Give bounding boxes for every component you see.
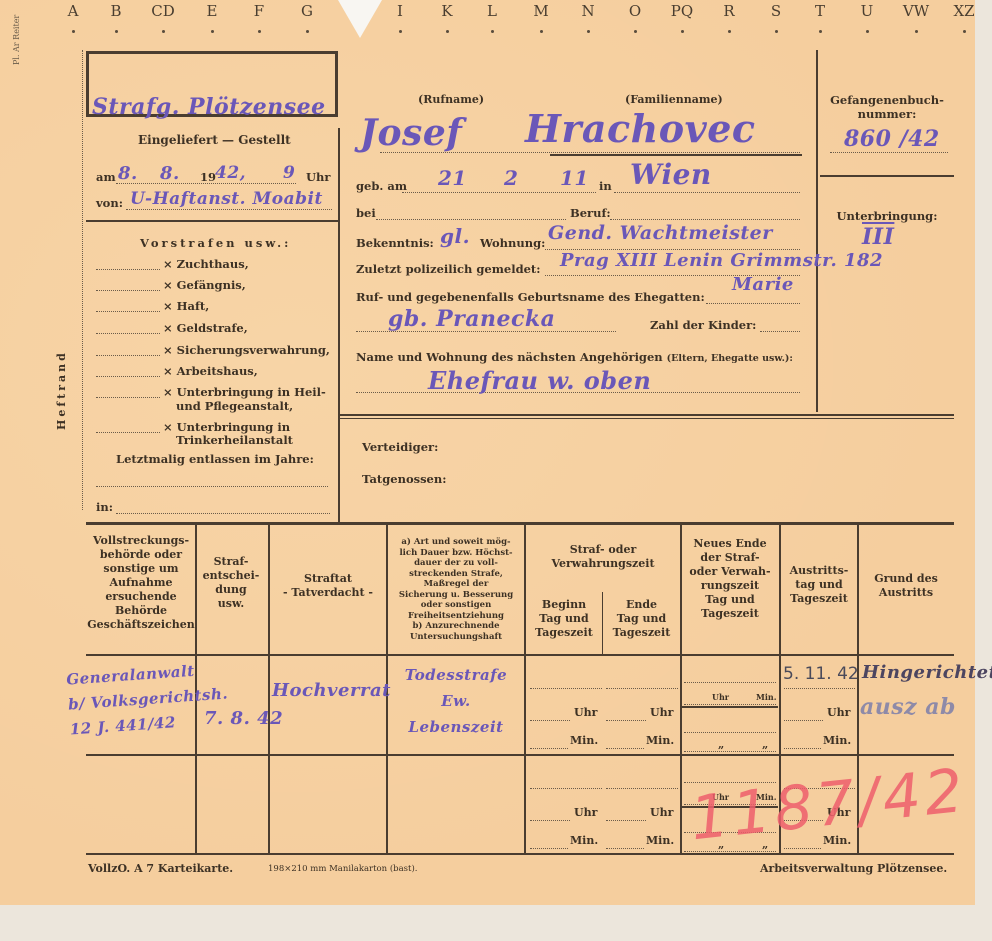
- residence-value: Gend. Wachtmeister: [548, 222, 773, 244]
- next-of-kin-hint: (Eltern, Ehegatte usw.):: [667, 353, 793, 364]
- uhr-label: Uhr: [574, 706, 597, 719]
- index-letter-o: O: [629, 2, 641, 20]
- header-line: Lebenszeit: [388, 714, 524, 740]
- header-reason: Grund desAustritts: [858, 572, 954, 600]
- intake-title: Eingeliefert — Gestellt: [138, 133, 291, 147]
- prior-conviction-count-line: [96, 311, 160, 312]
- new-end-uhr: Uhr: [712, 692, 729, 702]
- header-line: Straf- oder: [526, 543, 680, 557]
- header-line: Behörde: [86, 604, 196, 618]
- birth-day: 21: [438, 166, 467, 190]
- released-in-label: in:: [96, 500, 113, 514]
- header-line: Austritts-: [780, 564, 858, 578]
- religion-value: gl.: [440, 224, 470, 248]
- spouse-value: Marie: [732, 274, 794, 295]
- header-line: Tageszeit: [603, 626, 680, 640]
- ditto-mark: „: [762, 738, 768, 751]
- index-dot: [211, 30, 214, 33]
- intake-from-label: von:: [96, 196, 123, 210]
- right-column-divider: [816, 50, 818, 412]
- spouse-label: Ruf- und gegebenenfalls Geburtsname des …: [356, 290, 705, 304]
- children-line: [760, 331, 800, 332]
- header-line: Beginn: [526, 598, 602, 612]
- header-line: Straftat: [270, 572, 386, 586]
- index-dot: [162, 30, 165, 33]
- index-letter-m: M: [533, 2, 548, 20]
- scan-background-right: [975, 0, 992, 941]
- familienname-label: (Familienname): [625, 93, 723, 106]
- header-line: oder sonstigen: [388, 600, 524, 611]
- children-label: Zahl der Kinder:: [650, 318, 756, 332]
- religion-label: Bekenntnis:: [356, 236, 434, 250]
- index-dot: [728, 30, 731, 33]
- uhr-label: Uhr: [574, 806, 597, 819]
- left-column-divider: [338, 128, 340, 523]
- header-line: Austritts: [858, 586, 954, 600]
- header-line: Neues Ende: [681, 537, 779, 551]
- min-label: Min.: [646, 734, 674, 747]
- intake-year: 42,: [215, 163, 246, 183]
- index-letter-u: U: [861, 2, 874, 20]
- last-released-line: [96, 486, 328, 487]
- index-letter-f: F: [254, 2, 264, 20]
- header-sentence: a) Art und soweit mög-lich Dauer bzw. Hö…: [388, 537, 524, 642]
- header-line: oder Verwah-: [681, 565, 779, 579]
- header-line: Geschäftszeichen: [86, 618, 196, 632]
- index-letter-n: N: [581, 2, 594, 20]
- next-of-kin-value: Ehefrau w. oben: [428, 366, 651, 395]
- next-of-kin-label-text: Name und Wohnung des nächsten Angehörige…: [356, 350, 663, 364]
- header-line: a) Art und soweit mög-: [388, 537, 524, 548]
- intake-day: 8.: [118, 163, 138, 184]
- released-in-line: [116, 513, 330, 514]
- table-bottom-rule: [86, 853, 954, 855]
- header-new-end: Neues Endeder Straf-oder Verwah-rungszei…: [681, 537, 779, 621]
- table-column-divider: [524, 524, 526, 854]
- index-dot: [306, 30, 309, 33]
- index-dot: [258, 30, 261, 33]
- uhr-label: Uhr: [827, 706, 850, 719]
- prior-conviction-count-line: [96, 355, 160, 356]
- hour-line: [606, 720, 646, 721]
- intake-separator: [86, 220, 339, 222]
- header-line: Tageszeit: [681, 607, 779, 621]
- prior-conviction-item: × Unterbringung in: [163, 420, 290, 434]
- new-end-time-line: [684, 704, 776, 705]
- prior-conviction-item: und Pflegeanstalt,: [176, 399, 293, 413]
- header-line: Ew.: [388, 688, 524, 714]
- row1-offense: Hochverrat: [272, 680, 391, 701]
- binding-guide-line: [82, 50, 83, 510]
- header-line: Tageszeit: [526, 626, 602, 640]
- index-letter-xz: XZ: [953, 2, 974, 20]
- new-end-min: Min.: [756, 692, 777, 702]
- header-line: usw.: [196, 597, 266, 611]
- header-exit: Austritts-tag undTageszeit: [780, 564, 858, 606]
- day-line: [530, 688, 602, 689]
- profession-label: Beruf:: [570, 206, 611, 220]
- header-line: Tag und: [681, 593, 779, 607]
- index-letter-k: K: [441, 2, 452, 20]
- day-line: [606, 688, 678, 689]
- index-dot: [775, 30, 778, 33]
- profession-line: [610, 219, 800, 220]
- row1-decision: 7. 8. 42: [204, 708, 283, 729]
- spouse-line: [706, 303, 800, 304]
- defender-label: Verteidiger:: [362, 440, 438, 454]
- index-dot: [587, 30, 590, 33]
- day-line: [606, 788, 678, 789]
- prior-conviction-item: Trinkerheilanstalt: [176, 433, 293, 447]
- prisoner-book-line: [830, 152, 948, 153]
- publisher: Arbeitsverwaltung Plötzensee.: [760, 862, 947, 875]
- header-end: EndeTag undTageszeit: [603, 598, 680, 640]
- hour-line: [530, 820, 570, 821]
- index-dot: [634, 30, 637, 33]
- side-print: Pl. Ar Reiter: [12, 15, 21, 65]
- minute-line: [784, 848, 821, 849]
- card-notch: [338, 0, 382, 38]
- police-registration-value: Prag XIII Lenin Grimmstr. 182: [560, 250, 883, 271]
- new-end-time-line-2: [684, 751, 776, 752]
- prior-conviction-count-line: [96, 376, 160, 377]
- header-line: Verwahrungszeit: [526, 557, 680, 571]
- header-offense: Straftat- Tatverdacht -: [270, 572, 386, 600]
- intake-from-value: U-Haftanst. Moabit: [130, 189, 323, 209]
- index-letter-e: E: [207, 2, 218, 20]
- residence-label: Wohnung:: [480, 236, 545, 250]
- prior-conviction-item: × Zuchthaus,: [163, 257, 249, 271]
- birth-year: 11: [560, 166, 589, 190]
- birth-date-line: [402, 192, 596, 193]
- scan-background-bottom: [0, 905, 992, 941]
- header-line: entschei-: [196, 569, 266, 583]
- prior-conviction-item: × Sicherungsverwahrung,: [163, 343, 330, 357]
- rufname-value: Josef: [360, 112, 462, 154]
- index-dot: [540, 30, 543, 33]
- header-period: Straf- oderVerwahrungszeit: [526, 543, 680, 571]
- birthplace-value: Wien: [630, 158, 712, 191]
- min-label: Min.: [570, 734, 598, 747]
- new-end-day-line-2: [684, 732, 776, 733]
- index-dot: [866, 30, 869, 33]
- double-rule-top: [340, 414, 954, 416]
- header-line: Aufnahme: [86, 576, 196, 590]
- intake-year-prefix: 19: [200, 170, 216, 184]
- index-letter-a: A: [68, 2, 79, 20]
- prior-conviction-count-line: [96, 432, 160, 433]
- intake-month: 8.: [160, 163, 180, 184]
- header-line: - Tatverdacht -: [270, 586, 386, 600]
- birthplace-line: [614, 192, 800, 193]
- prior-conviction-item: × Haft,: [163, 299, 209, 313]
- hour-line: [606, 820, 646, 821]
- index-dot: [915, 30, 918, 33]
- header-line: Tag und: [526, 612, 602, 626]
- header-line: b) Anzurechnende: [388, 621, 524, 632]
- form-identifier: VollzO. A 7 Karteikarte.: [88, 862, 233, 875]
- header-line: Maßregel der: [388, 579, 524, 590]
- index-letter-t: T: [815, 2, 825, 20]
- birth-date-label: geb. am: [356, 179, 407, 193]
- prisoner-book-label-2: nummer:: [822, 107, 952, 121]
- header-line: Ende: [603, 598, 680, 612]
- prior-conviction-count-line: [96, 290, 160, 291]
- min-label: Min.: [823, 734, 851, 747]
- minute-line: [530, 748, 568, 749]
- binding-label: Heftrand: [55, 350, 68, 430]
- index-letter-i: I: [397, 2, 403, 20]
- prisoner-book-label-1: Gefangenenbuch-: [822, 93, 952, 107]
- housing-value: III: [862, 224, 894, 250]
- new-end-day-line: [684, 682, 776, 683]
- row1-sentence: TodesstrafeEw.Lebenszeit: [388, 662, 524, 740]
- header-line: der Straf-: [681, 551, 779, 565]
- index-letter-s: S: [771, 2, 781, 20]
- index-dot: [399, 30, 402, 33]
- birth-month: 2: [504, 166, 518, 190]
- hour-line: [530, 720, 570, 721]
- header-line: streckenden Strafe,: [388, 569, 524, 580]
- header-line: behörde oder: [86, 548, 196, 562]
- table-row-rule: [86, 754, 954, 756]
- intake-from-line: [126, 209, 332, 210]
- row1-reason: Hingerichtet: [862, 662, 992, 683]
- index-dot: [115, 30, 118, 33]
- prisoner-book-separator: [820, 175, 954, 177]
- bei-line: [376, 219, 566, 220]
- institution-handwritten: Strafg. Plötzensee: [92, 94, 326, 120]
- prior-conviction-item: × Arbeitshaus,: [163, 364, 258, 378]
- minute-line: [784, 748, 821, 749]
- prior-conviction-item: × Unterbringung in Heil-: [163, 385, 326, 399]
- bei-label: bei: [356, 206, 376, 220]
- accomplices-label: Tatgenossen:: [362, 472, 446, 486]
- index-letter-cd: CD: [151, 2, 175, 20]
- row1-authority: Generalanwaltb/ Volksgerichtsh.12 J. 441…: [66, 657, 231, 743]
- next-of-kin-label: Name und Wohnung des nächsten Angehörige…: [356, 350, 793, 364]
- index-dot: [446, 30, 449, 33]
- minute-line: [606, 848, 644, 849]
- day-line: [530, 788, 602, 789]
- index-letter-l: L: [487, 2, 497, 20]
- police-registration-label: Zuletzt polizeilich gemeldet:: [356, 262, 541, 276]
- header-line: Grund des: [858, 572, 954, 586]
- prior-conviction-item: × Gefängnis,: [163, 278, 246, 292]
- last-released-label: Letztmalig entlassen im Jahre:: [116, 452, 314, 466]
- header-line: Tageszeit: [780, 592, 858, 606]
- day-line: [784, 688, 855, 689]
- header-line: Freiheitsentziehung: [388, 611, 524, 622]
- header-line: Untersuchungshaft: [388, 632, 524, 643]
- index-dot: [963, 30, 966, 33]
- index-letter-pq: PQ: [671, 2, 693, 20]
- familienname-underline: [550, 154, 802, 156]
- uhr-label: Uhr: [650, 706, 673, 719]
- header-line: dauer der zu voll-: [388, 558, 524, 569]
- prior-convictions-title: Vorstrafen usw.:: [140, 236, 291, 250]
- intake-date-label: am: [96, 170, 116, 184]
- index-letter-b: B: [110, 2, 121, 20]
- index-letter-r: R: [723, 2, 734, 20]
- index-dot: [681, 30, 684, 33]
- housing-label: Unterbringung:: [822, 209, 952, 223]
- header-line: rungszeit: [681, 579, 779, 593]
- header-line: Straf-: [196, 555, 266, 569]
- prior-conviction-count-line: [96, 269, 160, 270]
- minute-line: [530, 848, 568, 849]
- prior-conviction-count-line: [96, 333, 160, 334]
- header-line: Tag und: [603, 612, 680, 626]
- uhr-label: Uhr: [650, 806, 673, 819]
- header-line: lich Dauer bzw. Höchst-: [388, 548, 524, 559]
- paper-spec: 198×210 mm Manilakarton (bast).: [268, 864, 417, 874]
- minute-line: [606, 748, 644, 749]
- index-dot: [819, 30, 822, 33]
- rufname-label: (Rufname): [418, 93, 484, 106]
- index-dot: [491, 30, 494, 33]
- new-end-split: [682, 706, 778, 708]
- spouse-birthname-value: gb. Pranecka: [388, 306, 555, 332]
- header-decision: Straf-entschei-dungusw.: [196, 555, 266, 611]
- header-line: tag und: [780, 578, 858, 592]
- birthplace-label: in: [599, 179, 612, 193]
- row1-reason-pencil: ausz ab: [860, 694, 956, 720]
- hour-line: [784, 720, 823, 721]
- min-label: Min.: [570, 834, 598, 847]
- header-line: Vollstreckungs-: [86, 534, 196, 548]
- prisoner-book-number: 860 /42: [844, 126, 940, 152]
- index-dot: [72, 30, 75, 33]
- table-header-rule: [86, 654, 954, 656]
- ditto-mark: „: [718, 738, 724, 751]
- header-line: ersuchende: [86, 590, 196, 604]
- familienname-value: Hrachovec: [525, 106, 756, 151]
- header-authority: Vollstreckungs-behörde odersonstige umAu…: [86, 534, 196, 632]
- double-rule-bottom: [340, 418, 954, 419]
- intake-time: 9: [283, 163, 295, 183]
- header-line: sonstige um: [86, 562, 196, 576]
- header-line: Sicherung u. Besserung: [388, 590, 524, 601]
- header-line: dung: [196, 583, 266, 597]
- prior-conviction-item: × Geldstrafe,: [163, 321, 248, 335]
- index-letter-vw: VW: [903, 2, 929, 20]
- row1-exit-date: 5. 11. 42: [783, 664, 859, 684]
- header-line: Todesstrafe: [388, 662, 524, 688]
- min-label: Min.: [646, 834, 674, 847]
- prior-conviction-count-line: [96, 397, 160, 398]
- intake-uhr-label: Uhr: [306, 170, 330, 184]
- table-top-rule: [86, 522, 954, 525]
- header-begin: BeginnTag undTageszeit: [526, 598, 602, 640]
- index-letter-g: G: [301, 2, 313, 20]
